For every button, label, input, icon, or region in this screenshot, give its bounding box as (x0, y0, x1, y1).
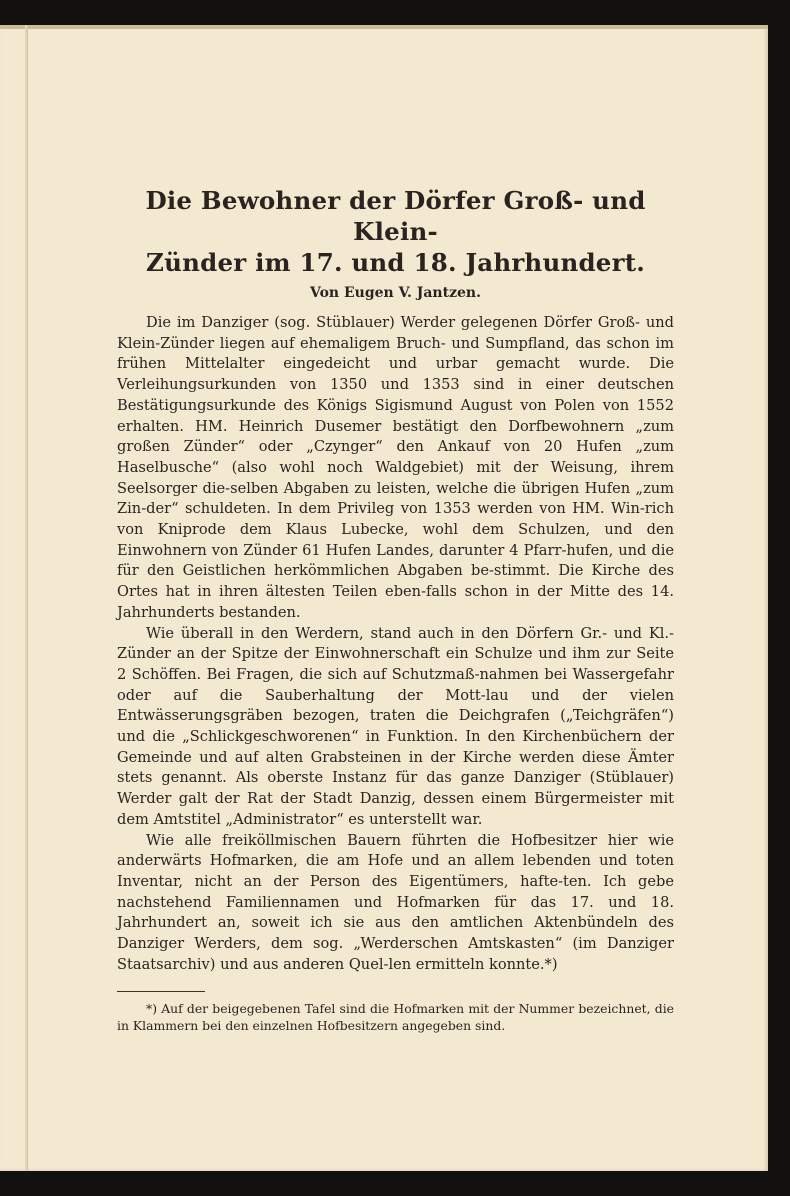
author-byline: Von Eugen V. Jantzen. (117, 285, 674, 301)
article: Die Bewohner der Dörfer Groß- und Klein-… (117, 185, 674, 1034)
article-title: Die Bewohner der Dörfer Groß- und Klein-… (117, 185, 674, 278)
paragraph-2: Wie überall in den Werdern, stand auch i… (117, 624, 674, 831)
footnote: *) Auf der beigegebenen Tafel sind die H… (117, 1000, 674, 1034)
paragraph-3: Wie alle freiköllmischen Bauern führten … (117, 831, 674, 976)
page-gutter-line (25, 25, 28, 1171)
title-line-2: Zünder im 17. und 18. Jahrhundert. (146, 248, 645, 277)
page-top-edge (0, 25, 768, 29)
paragraph-1: Die im Danziger (sog. Stüblauer) Werder … (117, 313, 674, 624)
title-line-1: Die Bewohner der Dörfer Groß- und Klein- (145, 186, 645, 246)
footnote-divider (117, 991, 205, 992)
book-page: Die Bewohner der Dörfer Groß- und Klein-… (0, 25, 768, 1171)
